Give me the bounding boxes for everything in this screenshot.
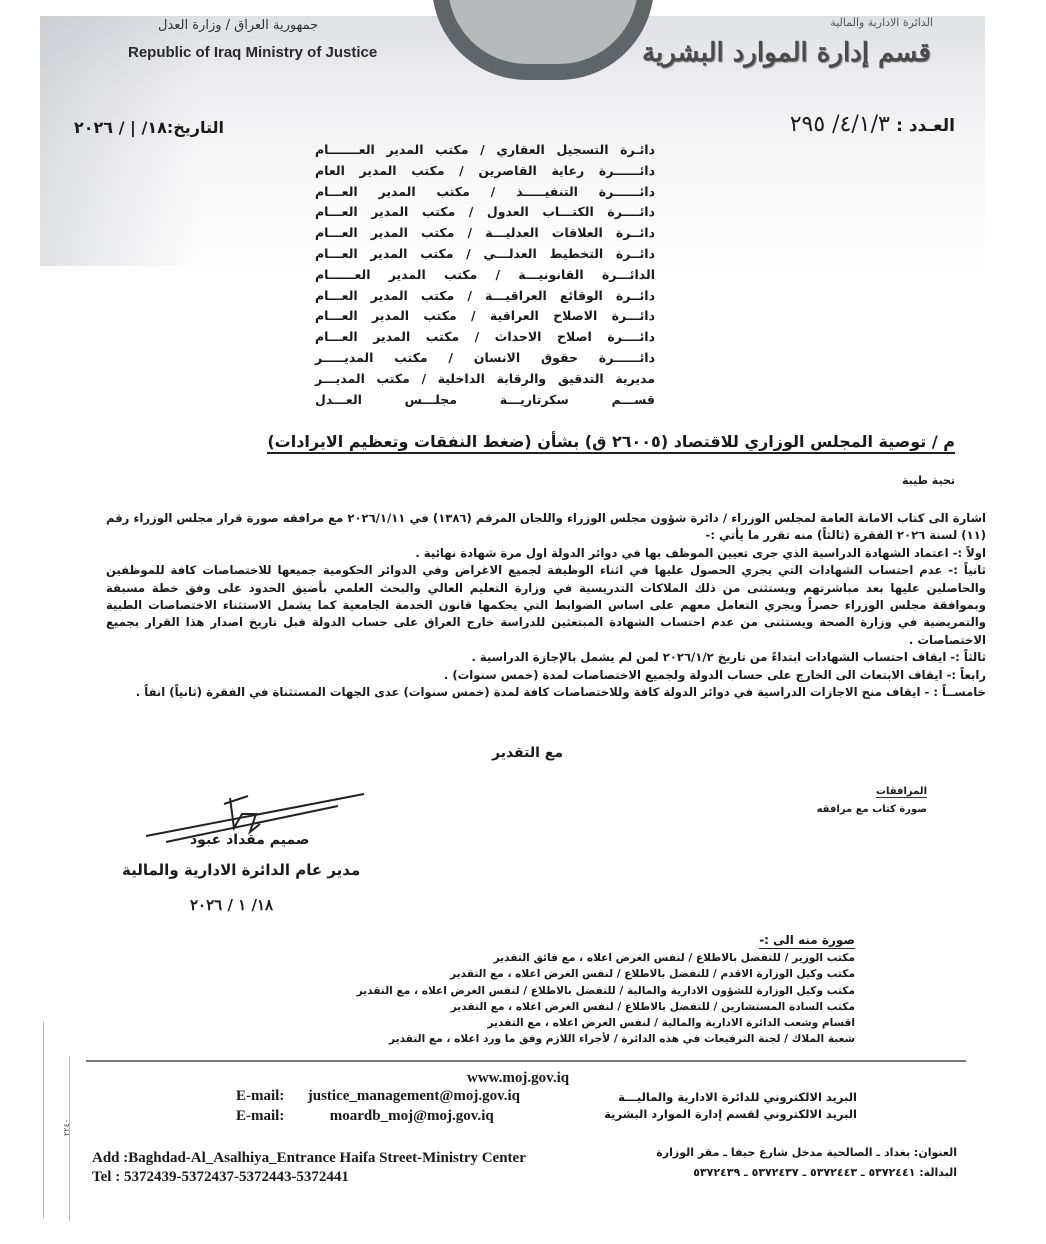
body-intro: اشارة الى كتاب الامانة العامة لمجلس الوز… [106,510,986,545]
cc-title: صورة منه الى :- [759,932,855,949]
letterhead-arabic-right: الدائرة الادارية والمالية [830,16,933,29]
recipient-item: دائــــــرة رعاية القاصرين / مكتب المدير… [315,161,655,182]
attachments-title: المرافقات [876,786,927,798]
recipient-item: دائــــــرة التنفيـــــذ / مكتب المدير ا… [315,182,655,203]
recipient-item: دائــــرة اصلاح الاحداث / مكتب المدير ال… [315,327,655,348]
letter-body: اشارة الى كتاب الامانة العامة لمجلس الوز… [106,510,986,701]
email-link-1[interactable]: justice_management@moj.gov.iq [308,1088,520,1104]
cc-list: صورة منه الى :- مكتب الوزير / للتفضل بال… [385,932,855,1047]
recipient-item: مديرية التدقيق والرقابة الداخلية / مكتب … [315,369,655,390]
recipient-item: دائــرة الوقائع العراقيـــة / مكتب المدي… [315,286,655,307]
closing-regards: مع التقدير [40,745,985,761]
letterhead-arabic-left: جمهورية العراق / وزارة العدل [158,18,318,33]
recipients-list: دائـرة التسجيل العقاري / مكتب المدير الع… [315,140,655,410]
reference-number: العـدد : ٤/١/٣/ ٢٩٥ [790,112,955,137]
margin-line [69,1056,70,1221]
signature-date: ١٨/ ١ / ٢٠٢٦ [190,896,273,914]
website-link[interactable]: www.moj.gov.iq [467,1070,569,1087]
document-page: جمهورية العراق / وزارة العدل Republic of… [40,16,985,1211]
recipient-item: دائـــرة الاصلاح العراقية / مكتب المدير … [315,306,655,327]
recipient-item: دائــرة العلاقات العدليـــة / مكتب المدي… [315,223,655,244]
recipient-item: دائــــــرة حقوق الانسان / مكتب المديـــ… [315,348,655,369]
email-label: E-mail: [236,1108,304,1125]
reference-label: العـدد : [896,116,955,136]
signatory-name: صميم مقداد عبود [190,832,309,848]
body-item: ثالثاً :- ايقاف احتساب الشهادات ابتداءً … [106,649,986,666]
footer-divider [86,1060,966,1062]
email-row-2: E-mail: moardb_moj@moj.gov.iq [236,1108,494,1125]
cc-item: اقسام وشعب الدائرة الادارية والمالية / ل… [385,1015,855,1031]
cc-item: مكتب وكيل الوزارة الاقدم / للتفضل بالاطل… [385,966,855,982]
email-row-1: E-mail: justice_management@moj.gov.iq [236,1088,520,1105]
margin-line [43,1021,44,1219]
date-value: ١٨/ | / ٢٠٢٦ [74,118,167,137]
email-arabic-label-1: البريد الالكتروني للدائرة الادارية والما… [618,1090,857,1104]
telephone-arabic: البدالة: ٥٣٧٢٤٤١ ـ ٥٣٧٢٤٤٣ ـ ٥٣٧٢٤٣٧ ـ ٥… [693,1166,957,1179]
recipient-item: دائـرة التسجيل العقاري / مكتب المدير الع… [315,140,655,161]
cc-item: مكتب السادة المستشارين / للتفضل بالاطلاع… [385,999,855,1015]
email-link-2[interactable]: moardb_moj@moj.gov.iq [308,1108,494,1124]
cc-item: مكتب وكيل الوزارة للشؤون الادارية والمال… [385,983,855,999]
telephone-english: Tel : 5372439-5372437-5372443-5372441 [92,1169,349,1186]
date-label: التاريخ: [167,118,224,137]
letterhead-english: Republic of Iraq Ministry of Justice [128,44,377,61]
department-stamp: قسم إدارة الموارد البشرية [642,38,931,68]
body-item: ثانياً :- عدم احتساب الشهادات التي يجري … [106,562,986,649]
recipient-item: قســـم سكرتاريـــة مجلـــس العـــدل [315,390,655,411]
subject-line: م / توصية المجلس الوزاري للاقتصاد (٢٦٠٠٥… [267,432,955,454]
reference-value: ٤/١/٣/ ٢٩٥ [790,112,890,137]
email-label: E-mail: [236,1088,304,1105]
cc-item: شعبة الملاك / لجنة الترفيعات في هذه الدا… [385,1031,855,1047]
email-arabic-label-2: البريد الالكتروني لقسم إدارة الموارد الب… [604,1107,857,1121]
address-arabic: العنوان: بغداد ـ الصالحية مدخل شارع حيفا… [656,1146,957,1159]
body-item: خامســاً : - ايقاف منح الاجازات الدراسية… [106,684,986,701]
margin-mark: ٢٢٤٠ [62,1119,71,1136]
attachment-item: صورة كتاب مع مرافقه [817,804,927,815]
recipient-item: دائــــرة الكتـــاب العدول / مكتب المدير… [315,202,655,223]
greeting: تحية طيبة [902,474,955,487]
document-date: التاريخ:١٨/ | / ٢٠٢٦ [74,118,224,137]
ministry-emblem-icon [432,0,654,80]
address-english: Add :Baghdad-Al_Asalhiya_Entrance Haifa … [92,1150,526,1167]
signatory-title: مدير عام الدائرة الادارية والمالية [122,861,360,879]
cc-item: مكتب الوزير / للتفضل بالاطلاع / لنفس الغ… [385,950,855,966]
body-item: اولاً :- اعتماد الشهادة الدراسية الذي جر… [106,545,986,562]
body-item: رابعاً :- ايقاف الابتعاث الى الخارج على … [106,667,986,684]
recipient-item: الدائـــرة القانونيـــة / مكتب المدير ال… [315,265,655,286]
recipient-item: دائــرة التخطيط العدلـــي / مكتب المدير … [315,244,655,265]
